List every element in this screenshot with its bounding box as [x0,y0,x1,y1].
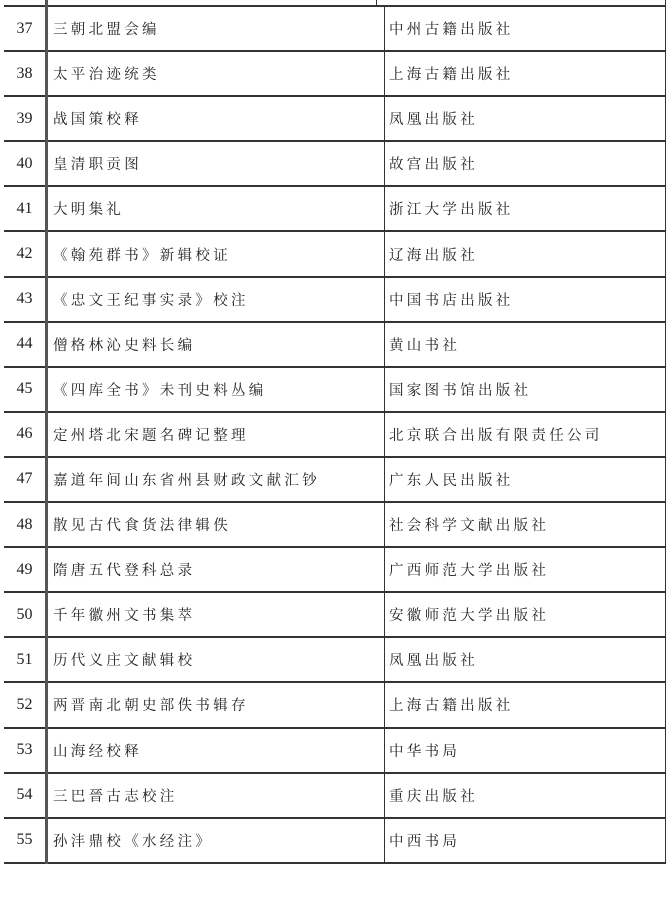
table-row: 50千年徽州文书集萃安徽师范大学出版社 [4,592,666,637]
row-number: 37 [4,6,47,51]
publisher-name: 凤凰出版社 [385,637,666,682]
book-title: 《翰苑群书》新辑校证 [47,231,385,276]
book-title: 历代义庄文献辑校 [47,637,385,682]
book-title: 《四库全书》未刊史料丛编 [47,367,385,412]
row-number: 53 [4,728,47,773]
document-page: 37三朝北盟会编中州古籍出版社38太平治迹统类上海古籍出版社39战国策校释凤凰出… [0,0,669,907]
table-row: 55孙沣鼎校《水经注》中西书局 [4,818,666,863]
row-number: 41 [4,186,47,231]
table-row: 48散见古代食货法律辑佚社会科学文献出版社 [4,502,666,547]
table-row: 46定州塔北宋题名碑记整理北京联合出版有限责任公司 [4,412,666,457]
table-body: 37三朝北盟会编中州古籍出版社38太平治迹统类上海古籍出版社39战国策校释凤凰出… [4,6,666,863]
row-number: 52 [4,682,47,727]
publisher-name: 广东人民出版社 [385,457,666,502]
table-row: 40皇清职贡图故宫出版社 [4,141,666,186]
book-title: 大明集礼 [47,186,385,231]
row-number: 48 [4,502,47,547]
table-row: 38太平治迹统类上海古籍出版社 [4,51,666,96]
book-title: 嘉道年间山东省州县财政文献汇钞 [47,457,385,502]
table-row: 43《忠文王纪事实录》校注中国书店出版社 [4,277,666,322]
publisher-name: 黄山书社 [385,322,666,367]
book-title: 散见古代食货法律辑佚 [47,502,385,547]
publisher-name: 中西书局 [385,818,666,863]
table-row: 39战国策校释凤凰出版社 [4,96,666,141]
row-number: 40 [4,141,47,186]
table-row: 54三巴晉古志校注重庆出版社 [4,773,666,818]
publisher-name: 浙江大学出版社 [385,186,666,231]
book-title: 千年徽州文书集萃 [47,592,385,637]
publisher-name: 辽海出版社 [385,231,666,276]
row-number: 42 [4,231,47,276]
table-row: 51历代义庄文献辑校凤凰出版社 [4,637,666,682]
row-number: 55 [4,818,47,863]
table-row: 49隋唐五代登科总录广西师范大学出版社 [4,547,666,592]
book-title: 战国策校释 [47,96,385,141]
publisher-name: 安徽师范大学出版社 [385,592,666,637]
book-title: 《忠文王纪事实录》校注 [47,277,385,322]
book-title: 皇清职贡图 [47,141,385,186]
publisher-name: 故宫出版社 [385,141,666,186]
row-number: 39 [4,96,47,141]
book-title: 三朝北盟会编 [47,6,385,51]
book-title: 孙沣鼎校《水经注》 [47,818,385,863]
book-title: 两晋南北朝史部佚书辑存 [47,682,385,727]
publisher-name: 广西师范大学出版社 [385,547,666,592]
book-title: 僧格林沁史料长编 [47,322,385,367]
book-list-table: 37三朝北盟会编中州古籍出版社38太平治迹统类上海古籍出版社39战国策校释凤凰出… [4,5,666,864]
book-title: 三巴晉古志校注 [47,773,385,818]
row-number: 43 [4,277,47,322]
table-row: 42《翰苑群书》新辑校证辽海出版社 [4,231,666,276]
row-number: 47 [4,457,47,502]
book-title: 太平治迹统类 [47,51,385,96]
table-row: 44僧格林沁史料长编黄山书社 [4,322,666,367]
publisher-name: 重庆出版社 [385,773,666,818]
publisher-name: 上海古籍出版社 [385,682,666,727]
publisher-name: 凤凰出版社 [385,96,666,141]
table-row: 37三朝北盟会编中州古籍出版社 [4,6,666,51]
table-row: 52两晋南北朝史部佚书辑存上海古籍出版社 [4,682,666,727]
row-number: 54 [4,773,47,818]
row-number: 46 [4,412,47,457]
row-number: 51 [4,637,47,682]
row-number: 50 [4,592,47,637]
book-title: 山海经校释 [47,728,385,773]
row-number: 45 [4,367,47,412]
book-title: 隋唐五代登科总录 [47,547,385,592]
publisher-name: 中国书店出版社 [385,277,666,322]
book-title: 定州塔北宋题名碑记整理 [47,412,385,457]
publisher-name: 中华书局 [385,728,666,773]
publisher-name: 国家图书馆出版社 [385,367,666,412]
publisher-name: 上海古籍出版社 [385,51,666,96]
table-row: 53山海经校释中华书局 [4,728,666,773]
table-row: 45《四库全书》未刊史料丛编国家图书馆出版社 [4,367,666,412]
table-row: 41大明集礼浙江大学出版社 [4,186,666,231]
publisher-name: 中州古籍出版社 [385,6,666,51]
table-row: 47嘉道年间山东省州县财政文献汇钞广东人民出版社 [4,457,666,502]
publisher-name: 北京联合出版有限责任公司 [385,412,666,457]
row-number: 38 [4,51,47,96]
row-number: 44 [4,322,47,367]
publisher-name: 社会科学文献出版社 [385,502,666,547]
row-number: 49 [4,547,47,592]
